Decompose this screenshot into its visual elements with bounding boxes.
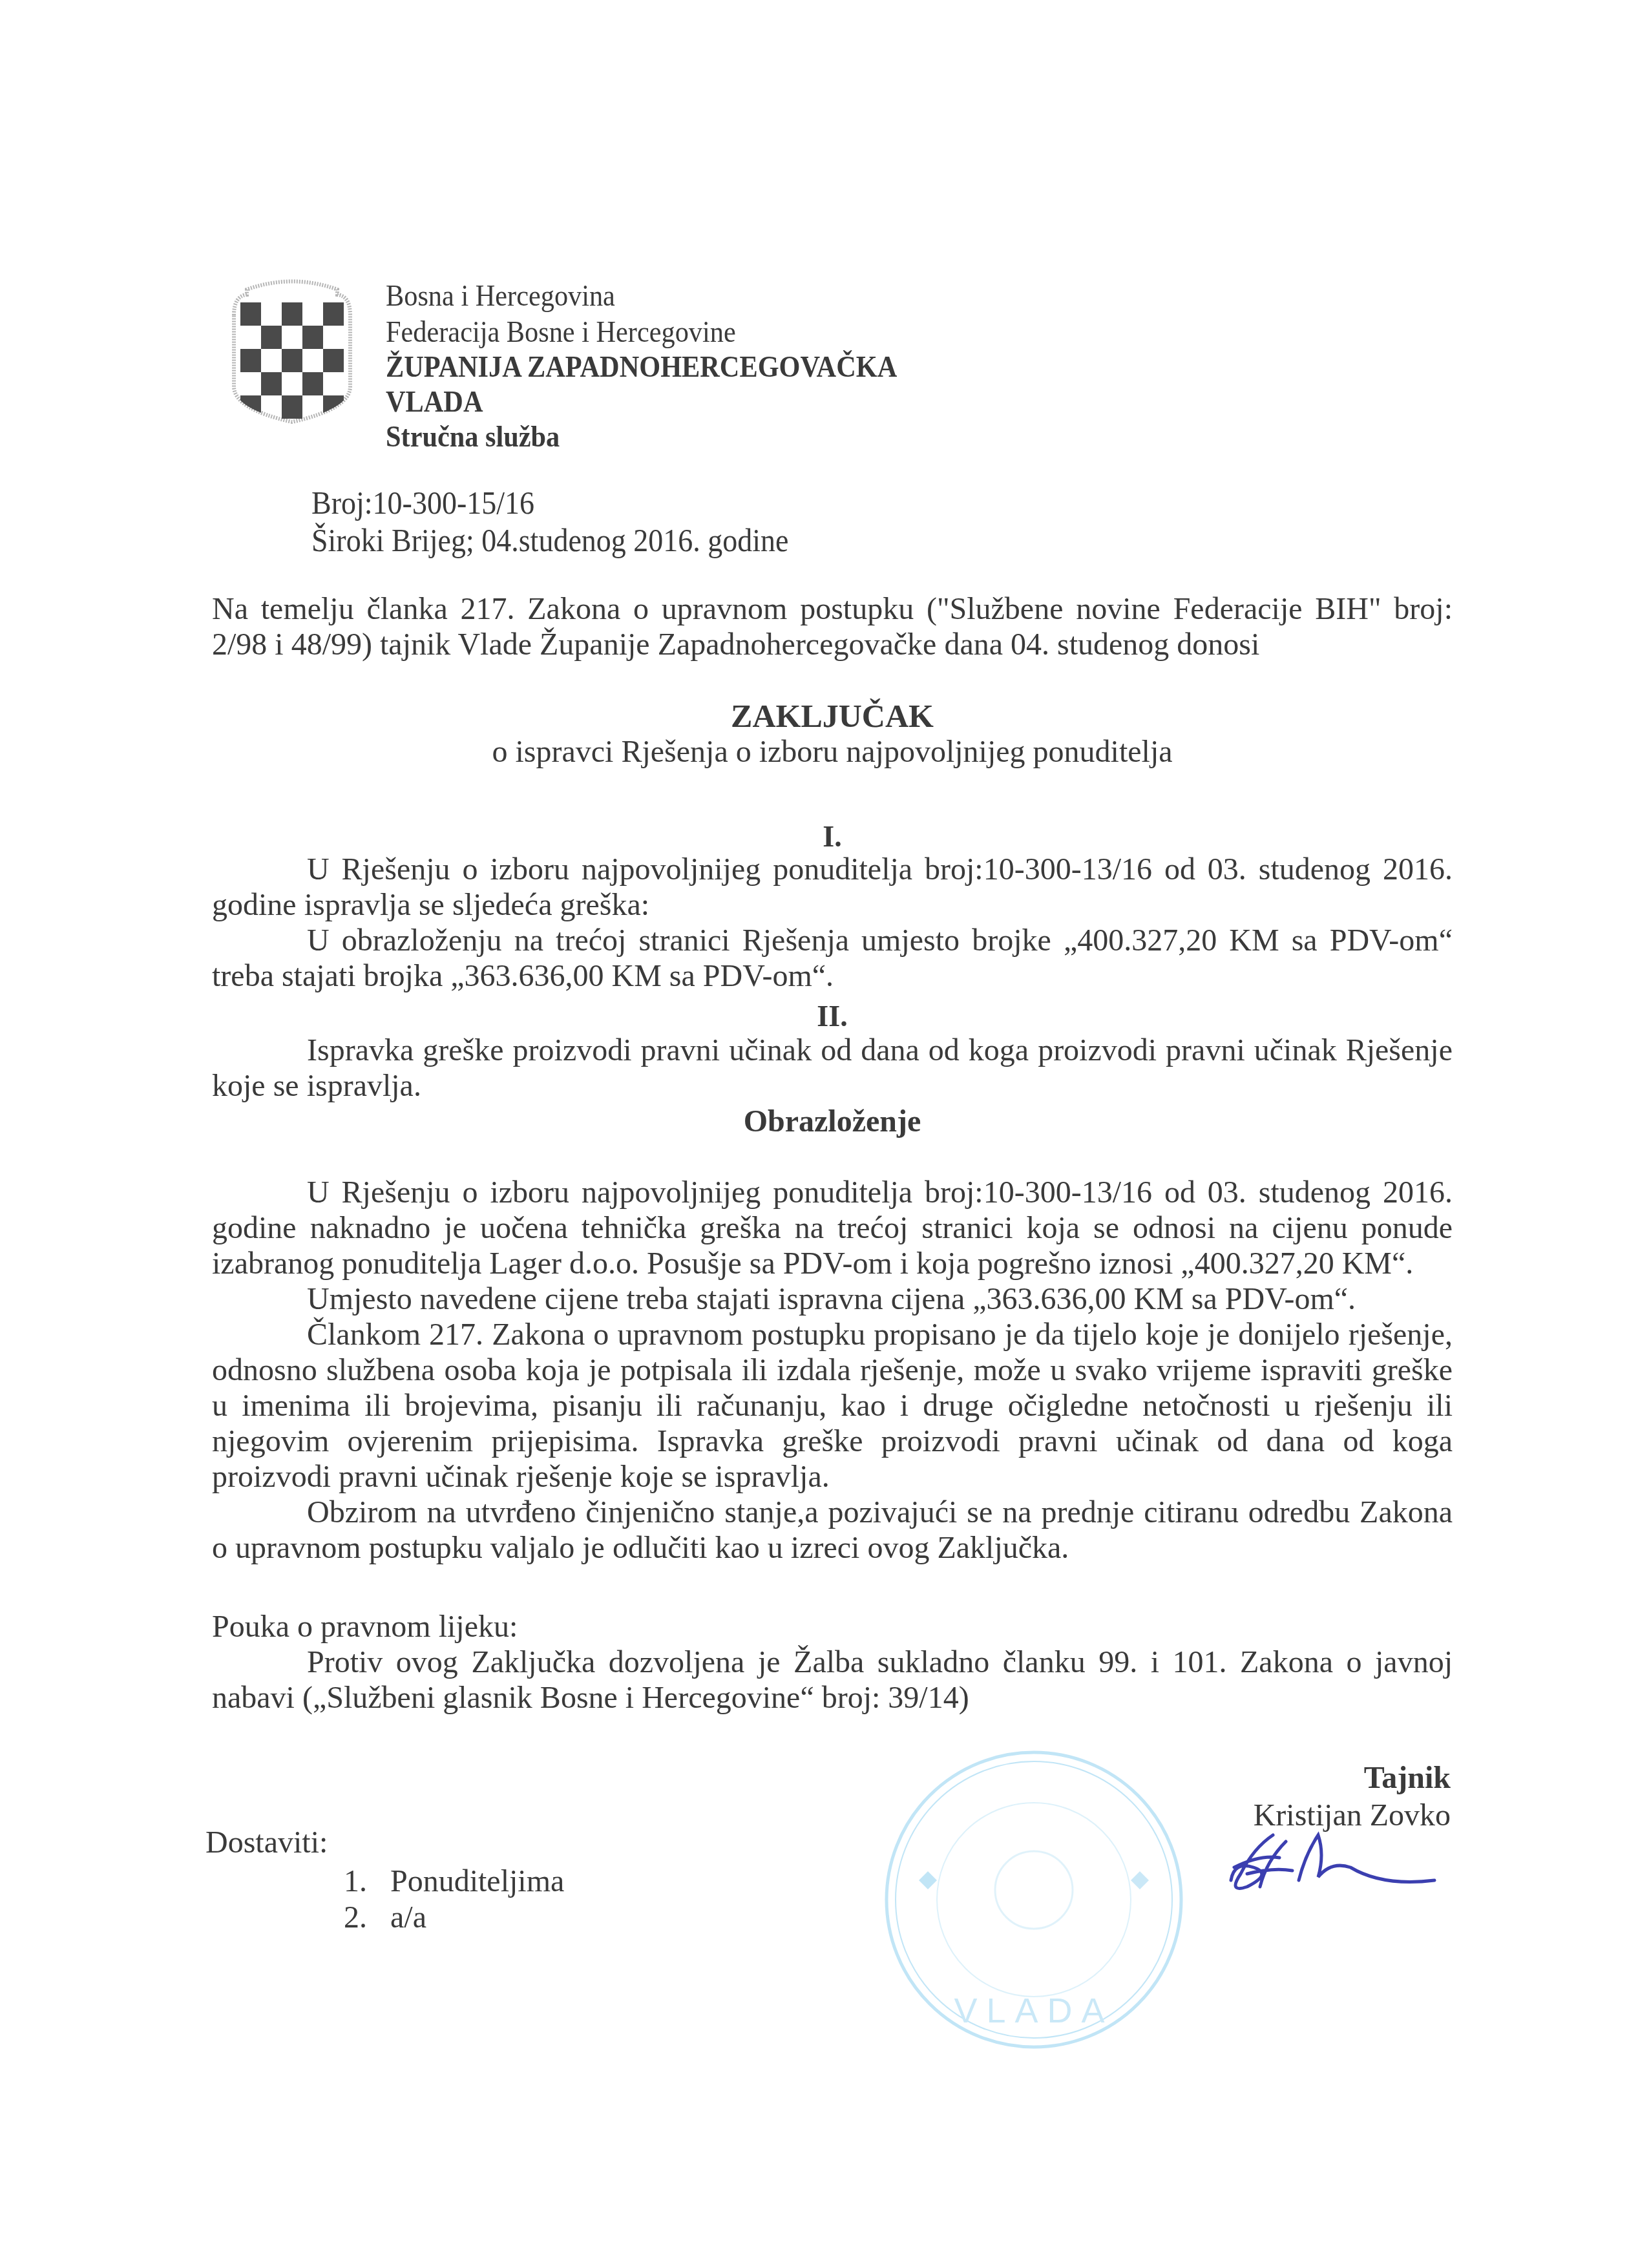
reasoning-paragraph: Obzirom na utvrđeno činjenično stanje,a … — [212, 1495, 1453, 1566]
section-2-paragraph: Ispravka greške proizvodi pravni učinak … — [212, 1033, 1453, 1104]
section-numeral-2: II. — [212, 999, 1453, 1034]
reasoning-paragraph: U Rješenju o izboru najpovoljnijeg ponud… — [212, 1175, 1453, 1281]
preamble-text: Na temelju članka 217. Zakona o upravnom… — [212, 591, 1453, 662]
letterhead-department: Stručna služba — [386, 419, 560, 455]
document-subtitle: o ispravci Rješenja o izboru najpovoljni… — [212, 734, 1453, 770]
letterhead-country: Bosna i Hercegovina — [386, 278, 615, 314]
legal-remedy: Pouka o pravnom lijeku: Protiv ovog Zakl… — [212, 1609, 1453, 1716]
delivery-item-label: a/a — [390, 1900, 426, 1936]
official-stamp-icon: VLADA — [879, 1745, 1189, 2055]
delivery-heading: Dostaviti: — [205, 1825, 328, 1861]
section-numeral-1: I. — [212, 819, 1453, 854]
section-1: U Rješenju o izboru najpovoljnijeg ponud… — [212, 852, 1453, 994]
letterhead-county: ŽUPANIJA ZAPADNOHERCEGOVAČKA — [386, 349, 897, 385]
reasoning-heading: Obrazloženje — [212, 1104, 1453, 1140]
letterhead-government: VLADA — [386, 384, 483, 420]
delivery-item: 2. a/a — [344, 1900, 564, 1936]
section-1-paragraph: U obrazloženju na trećoj stranici Rješen… — [212, 923, 1453, 994]
coat-of-arms-icon — [227, 277, 357, 425]
delivery-item-number: 2. — [344, 1900, 390, 1936]
letterhead-federation: Federacija Bosne i Hercegovine — [386, 314, 736, 350]
legal-remedy-heading: Pouka o pravnom lijeku: — [212, 1609, 1453, 1644]
delivery-item-number: 1. — [344, 1864, 390, 1900]
section-2: Ispravka greške proizvodi pravni učinak … — [212, 1033, 1453, 1104]
document-number: Broj:10-300-15/16 — [311, 483, 534, 522]
handwritten-signature-icon — [1221, 1829, 1454, 1900]
place-and-date: Široki Brijeg; 04.studenog 2016. godine — [311, 521, 789, 560]
document-title: ZAKLJUČAK — [212, 697, 1453, 735]
delivery-item-label: Ponuditeljima — [390, 1864, 564, 1900]
signatory-role: Tajnik — [1292, 1760, 1451, 1796]
section-1-paragraph: U Rješenju o izboru najpovoljnijeg ponud… — [212, 852, 1453, 923]
legal-remedy-text: Protiv ovog Zaključka dozvoljena je Žalb… — [212, 1644, 1453, 1716]
reasoning-paragraph: Umjesto navedene cijene treba stajati is… — [212, 1281, 1453, 1317]
delivery-item: 1. Ponuditeljima — [344, 1864, 564, 1900]
preamble: Na temelju članka 217. Zakona o upravnom… — [212, 591, 1453, 662]
svg-text:VLADA: VLADA — [954, 1991, 1113, 2030]
reasoning: U Rješenju o izboru najpovoljnijeg ponud… — [212, 1175, 1453, 1566]
delivery-list: 1. Ponuditeljima 2. a/a — [344, 1864, 564, 1936]
reasoning-paragraph: Člankom 217. Zakona o upravnom postupku … — [212, 1317, 1453, 1495]
